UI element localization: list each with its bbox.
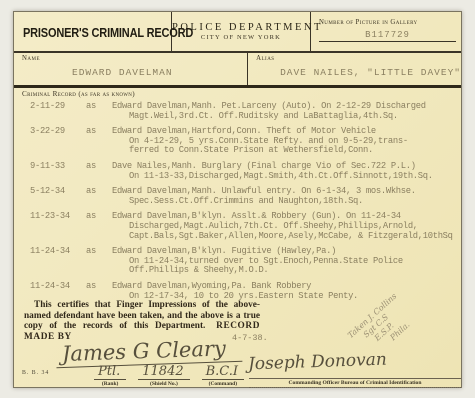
card-header: PRISONER'S CRIMINAL RECORD POLICE DEPART… — [14, 12, 461, 53]
entry-text: Off.Phillips & Sheehy,M.O.D. — [129, 266, 457, 276]
entry-date: 5-12-34 — [30, 187, 86, 197]
command-value: B.C.I — [202, 364, 244, 380]
entry-as-label: as — [86, 162, 112, 172]
entry-text: Spec.Sess.Ct.Off.Crimmins and Naughton,1… — [129, 197, 457, 207]
rank-value: Ptl. — [94, 364, 126, 380]
name-label: Name — [22, 55, 247, 62]
criminal-record-section-label: Criminal Record (as far as known) — [14, 88, 461, 98]
record-entry: 2-11-29 as Edward Davelman,Manh. Pet.Lar… — [30, 102, 457, 121]
alias-label: Alias — [256, 55, 461, 62]
entry-as-label: as — [86, 247, 112, 257]
entry-as-label: as — [86, 187, 112, 197]
header-department-cell: POLICE DEPARTMENT CITY OF NEW YORK — [172, 12, 311, 51]
entry-date: 11-24-34 — [30, 282, 86, 292]
shield-label: (Shield No.) — [138, 381, 189, 387]
entry-as-label: as — [86, 102, 112, 112]
gallery-number-value: B117729 — [319, 30, 456, 42]
entry-as-label: as — [86, 282, 112, 292]
entry-as-label: as — [86, 212, 112, 222]
name-field: Name EDWARD DAVELMAN — [14, 53, 248, 85]
name-value: EDWARD DAVELMAN — [72, 67, 247, 78]
record-card: PRISONER'S CRIMINAL RECORD POLICE DEPART… — [13, 11, 462, 388]
shield-value: 11842 — [138, 364, 189, 380]
entry-date: 9-11-33 — [30, 162, 86, 172]
entry-date: 11-23-34 — [30, 212, 86, 222]
entry-date: 11-24-34 — [30, 247, 86, 257]
rank-label: (Rank) — [94, 381, 126, 387]
page-title: PRISONER'S CRIMINAL RECORD — [23, 26, 153, 40]
shield-segment: 11842 (Shield No.) — [138, 364, 189, 387]
commander-title: Commanding Officer Bureau of Criminal Id… — [249, 378, 461, 388]
record-entry: 3-22-29 as Edward Davelman,Hartford,Conn… — [30, 127, 457, 156]
record-entry: 9-11-33 as Dave Nailes,Manh. Burglary (F… — [30, 162, 457, 181]
entry-date: 2-11-29 — [30, 102, 86, 112]
command-segment: B.C.I (Command) — [202, 364, 244, 387]
record-entry: 5-12-34 as Edward Davelman,Manh. Unlawfu… — [30, 187, 457, 206]
header-gallery-cell: Number of Picture in Gallery B117729 — [311, 12, 461, 51]
criminal-record-list: 2-11-29 as Edward Davelman,Manh. Pet.Lar… — [14, 98, 461, 301]
entry-date: 3-22-29 — [30, 127, 86, 137]
header-title-cell: PRISONER'S CRIMINAL RECORD — [14, 12, 172, 51]
entry-text: Magt.Weil,3rd.Ct. Off.Ruditsky and LaBat… — [129, 112, 457, 122]
entry-as-label: as — [86, 127, 112, 137]
identity-row: Name EDWARD DAVELMAN Alias DAVE NAILES, … — [14, 53, 461, 88]
record-entry: 11-23-34 as Edward Davelman,B'klyn. Assl… — [30, 212, 457, 241]
alias-field: Alias DAVE NAILES, "LITTLE DAVEY" — [248, 53, 461, 85]
alias-value: DAVE NAILES, "LITTLE DAVEY" — [280, 67, 461, 78]
officer-rank-line: Ptl. (Rank) 11842 (Shield No.) B.C.I (Co… — [94, 364, 244, 387]
entry-text: ferred to Conn.State Prison at Wethersfi… — [129, 146, 457, 156]
command-label: (Command) — [202, 381, 244, 387]
rank-segment: Ptl. (Rank) — [94, 364, 126, 387]
gallery-number-label: Number of Picture in Gallery — [319, 19, 456, 26]
record-entry: 11-24-34 as Edward Davelman,B'klyn. Fugi… — [30, 247, 457, 276]
entry-text: On 11-13-33,Discharged,Magt.Smith,4th.Ct… — [129, 172, 457, 182]
entry-text: Capt.Bals,Sgt.Baker,Allen,Moore,Asely,Mc… — [129, 232, 457, 242]
form-number: B. B. 34 — [22, 370, 49, 376]
